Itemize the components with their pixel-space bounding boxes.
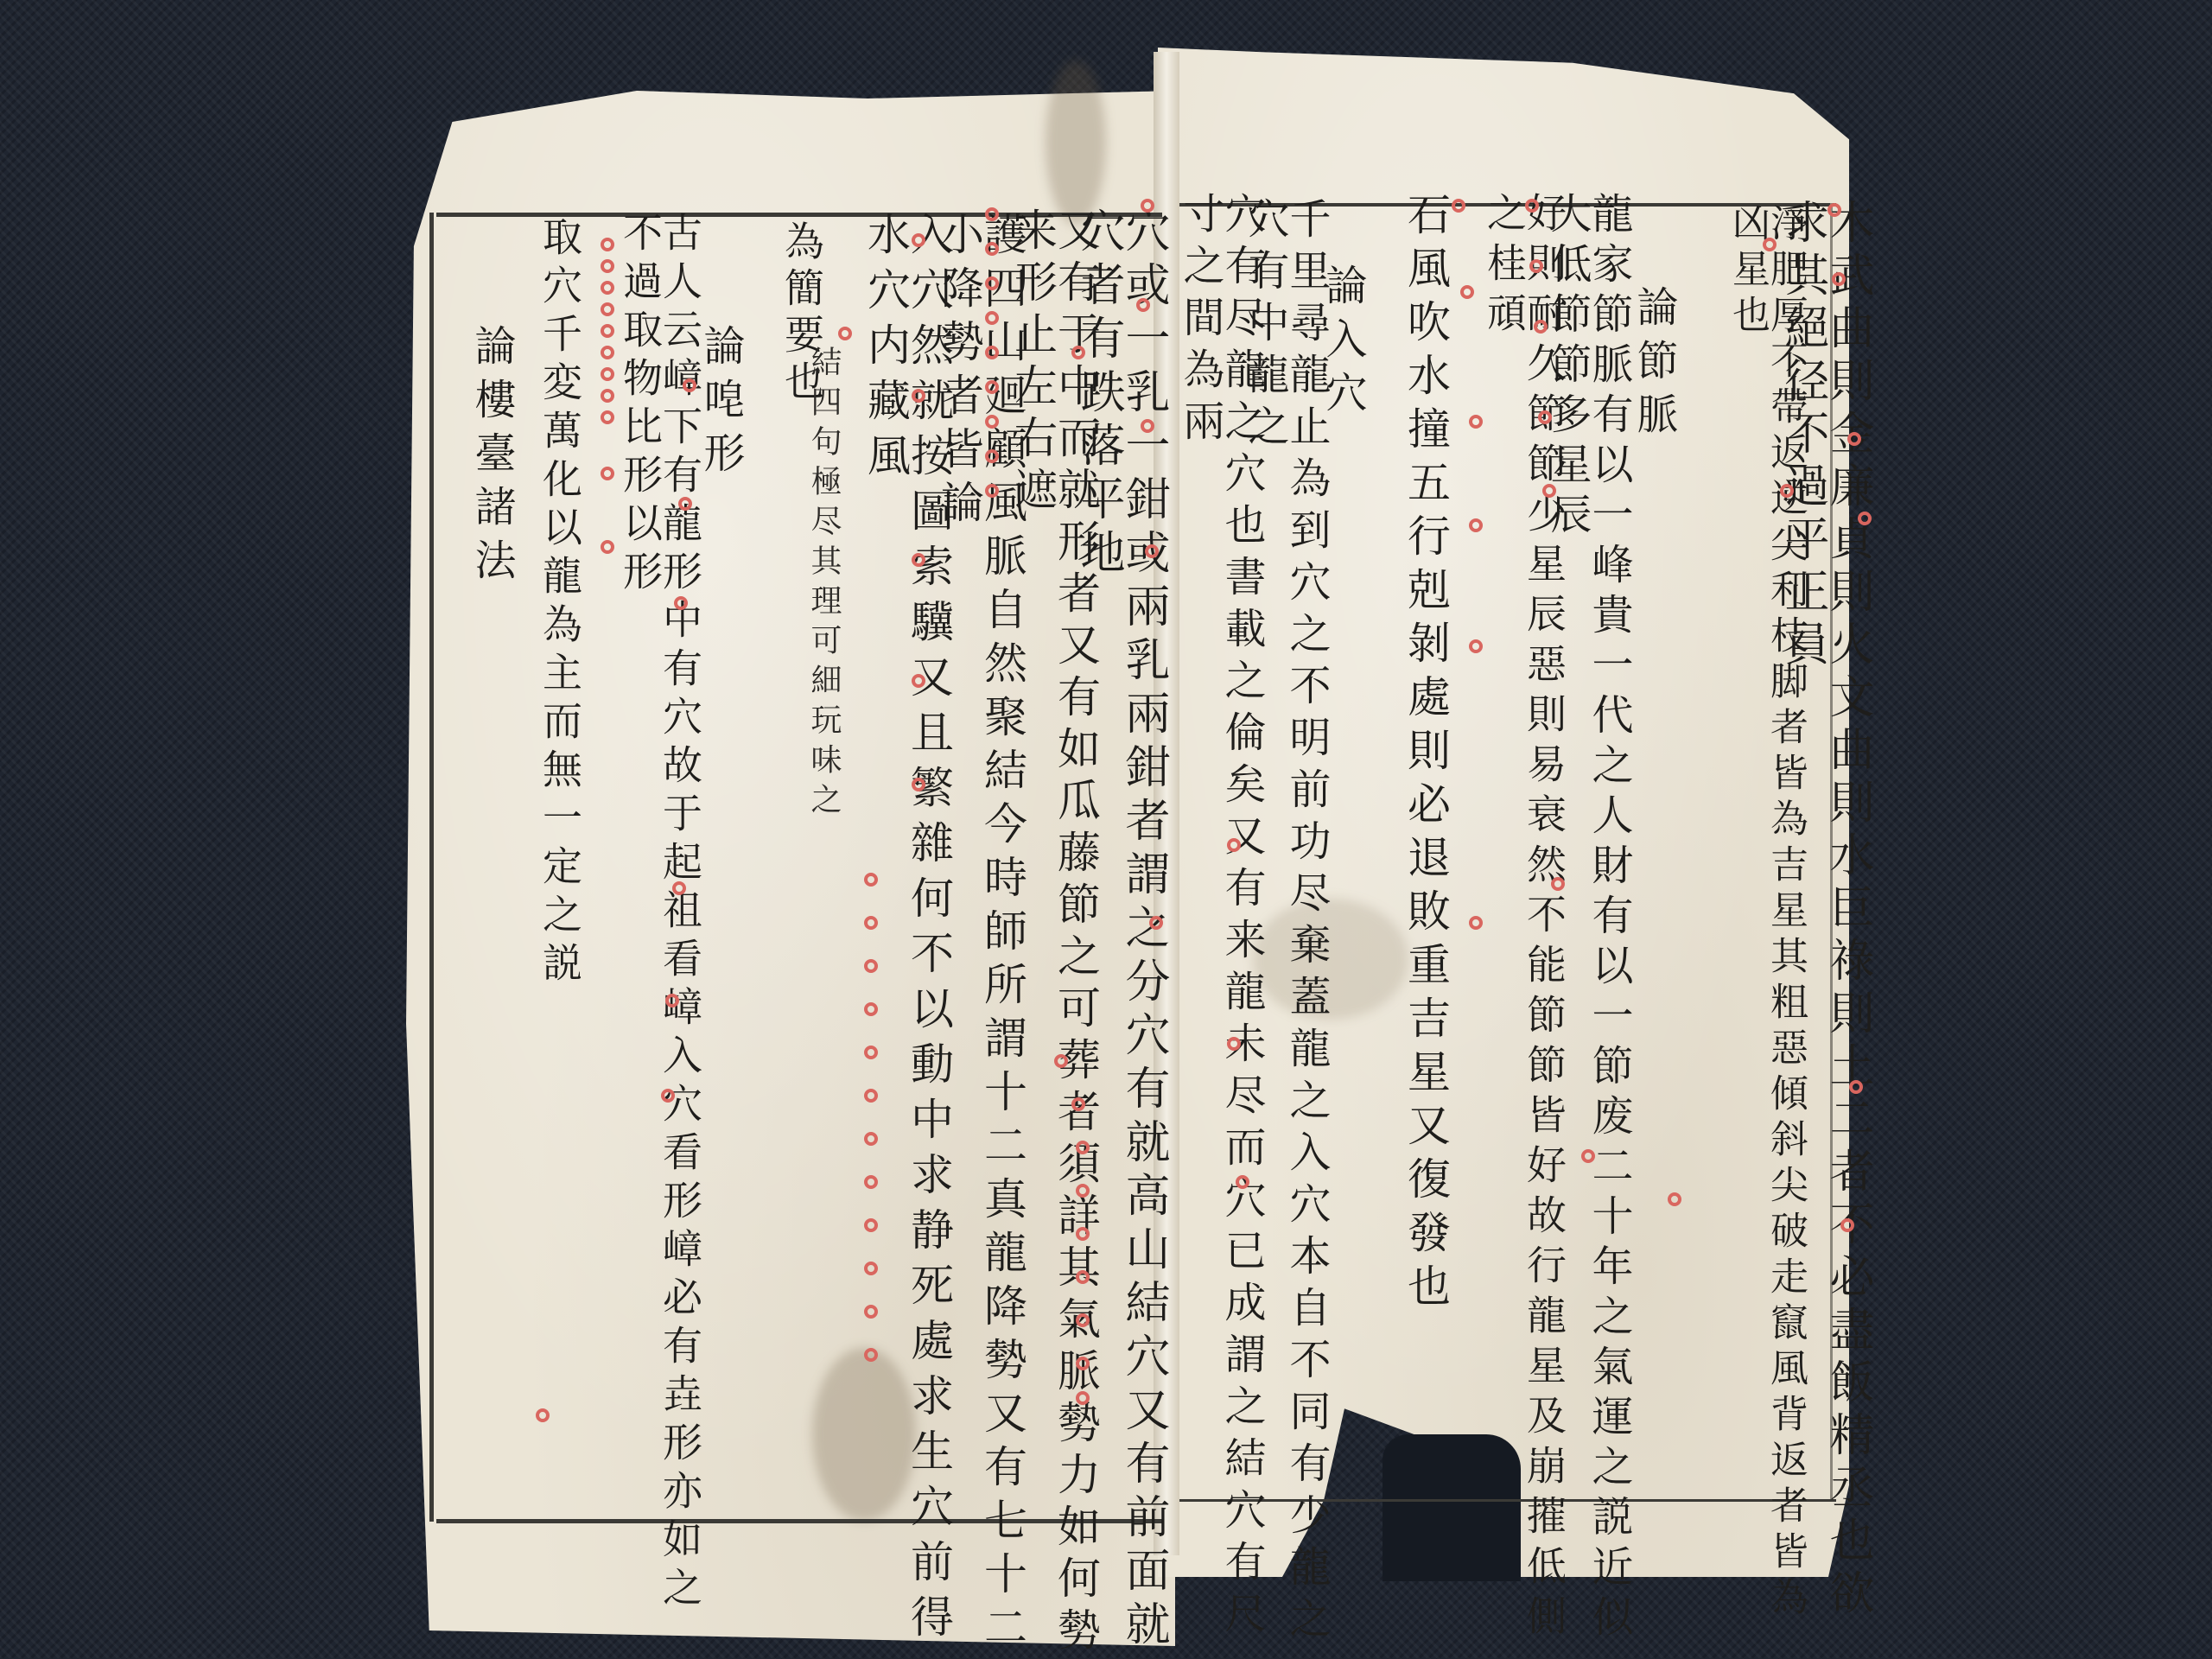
red-mark-icon bbox=[1076, 1227, 1090, 1241]
red-mark-icon bbox=[601, 410, 614, 424]
red-mark-icon bbox=[864, 1046, 878, 1059]
text-column: 取穴千変萬化以龍為主而無一定之説 bbox=[540, 216, 580, 990]
red-mark-icon bbox=[864, 959, 878, 973]
red-mark-icon bbox=[601, 389, 614, 403]
red-mark-icon bbox=[912, 674, 925, 688]
red-mark-icon bbox=[864, 1305, 878, 1319]
annotation-note: 結四句極尽其理可細玩味之 bbox=[808, 346, 839, 823]
red-mark-icon bbox=[1529, 259, 1543, 273]
red-mark-icon bbox=[1551, 877, 1565, 891]
red-mark-icon bbox=[1469, 916, 1483, 930]
red-mark-icon bbox=[864, 916, 878, 930]
text-column: 穴有尽龍之穴也書載之倫矣又有来龍未尽而穴已成謂之結穴有尺寸之間為兩 bbox=[1179, 192, 1262, 1659]
red-mark-icon bbox=[1668, 1192, 1681, 1206]
red-mark-icon bbox=[864, 873, 878, 887]
red-mark-icon bbox=[985, 449, 999, 463]
red-mark-icon bbox=[1827, 203, 1841, 217]
red-mark-icon bbox=[536, 1408, 550, 1422]
red-mark-icon bbox=[1840, 1218, 1854, 1232]
red-mark-icon bbox=[674, 596, 688, 610]
red-mark-icon bbox=[1858, 512, 1872, 525]
red-mark-icon bbox=[1525, 199, 1539, 213]
red-mark-icon bbox=[1847, 432, 1861, 446]
section-heading: 論節脈 bbox=[1633, 285, 1675, 446]
red-mark-icon bbox=[1076, 1184, 1090, 1198]
left-side-rule bbox=[429, 213, 434, 1522]
red-mark-icon bbox=[838, 327, 852, 340]
red-mark-icon bbox=[1763, 238, 1777, 251]
red-mark-icon bbox=[1145, 544, 1159, 558]
red-mark-icon bbox=[1227, 1037, 1241, 1051]
red-mark-icon bbox=[601, 281, 614, 295]
red-mark-icon bbox=[1542, 484, 1556, 498]
red-mark-icon bbox=[601, 467, 614, 480]
red-mark-icon bbox=[864, 1348, 878, 1362]
red-mark-icon bbox=[601, 540, 614, 554]
section-heading: 論唣形 bbox=[700, 324, 741, 485]
red-mark-icon bbox=[1076, 1391, 1090, 1405]
water-stain bbox=[1046, 60, 1106, 225]
red-mark-icon bbox=[678, 497, 692, 511]
red-mark-icon bbox=[601, 346, 614, 359]
red-mark-icon bbox=[1469, 639, 1483, 653]
red-mark-icon bbox=[1141, 199, 1154, 213]
text-column: 好則耐久節節少星辰惡則易衰然不能節節皆好故行龍星及崩摧低側之桂頑 bbox=[1484, 192, 1564, 1659]
section-heading: 論樓臺諸法 bbox=[471, 324, 512, 592]
red-mark-icon bbox=[601, 238, 614, 251]
red-mark-icon bbox=[864, 1002, 878, 1016]
red-mark-icon bbox=[1538, 410, 1552, 424]
red-mark-icon bbox=[1076, 1313, 1090, 1327]
red-mark-icon bbox=[985, 276, 999, 290]
red-mark-icon bbox=[1141, 419, 1154, 433]
red-mark-icon bbox=[985, 242, 999, 256]
red-mark-icon bbox=[661, 1089, 675, 1103]
text-column: 石風吹水撞五行剋剝處則必退敗重吉星又復發也 bbox=[1404, 192, 1447, 1317]
red-mark-icon bbox=[1460, 285, 1474, 299]
red-mark-icon bbox=[1076, 1270, 1090, 1284]
red-mark-icon bbox=[985, 207, 999, 221]
red-mark-icon bbox=[1849, 1080, 1863, 1094]
red-mark-icon bbox=[912, 778, 925, 791]
red-mark-icon bbox=[1071, 1097, 1085, 1111]
red-mark-icon bbox=[1054, 1054, 1068, 1068]
red-mark-icon bbox=[683, 378, 696, 392]
red-mark-icon bbox=[864, 1218, 878, 1232]
red-mark-icon bbox=[1832, 272, 1846, 286]
red-mark-icon bbox=[864, 1089, 878, 1103]
red-mark-icon bbox=[912, 389, 925, 403]
text-column: 古人云嶂下有龍形中有穴故于起祖看嶂入穴看形嶂必有垚形亦如之不過取物比形以形 bbox=[620, 212, 700, 1659]
red-mark-icon bbox=[1136, 298, 1150, 312]
red-mark-icon bbox=[1534, 320, 1548, 334]
red-mark-icon bbox=[912, 553, 925, 567]
text-column: 入穴然就按圖索驥又且繁雜何不以動中求静死處求生穴前得水穴内藏風 bbox=[864, 212, 950, 1659]
red-mark-icon bbox=[601, 259, 614, 273]
red-mark-icon bbox=[1076, 1357, 1090, 1370]
red-mark-icon bbox=[985, 484, 999, 498]
red-mark-icon bbox=[1076, 1141, 1090, 1154]
red-mark-icon bbox=[1581, 1149, 1595, 1163]
red-mark-icon bbox=[1071, 346, 1085, 359]
manuscript-photo: 木武曲則金廉貞則火文曲則水巨祿則土二者不必盡飯精丞也欲求其絕径不過平正員 淨肥厚… bbox=[0, 0, 2212, 1659]
red-mark-icon bbox=[1469, 415, 1483, 429]
red-mark-icon bbox=[864, 1132, 878, 1146]
red-mark-icon bbox=[985, 415, 999, 429]
red-mark-icon bbox=[985, 380, 999, 394]
red-mark-icon bbox=[1469, 518, 1483, 532]
red-mark-icon bbox=[985, 311, 999, 325]
red-mark-icon bbox=[1452, 199, 1465, 213]
red-mark-icon bbox=[665, 994, 679, 1007]
red-mark-icon bbox=[601, 302, 614, 316]
red-mark-icon bbox=[912, 233, 925, 247]
red-mark-icon bbox=[864, 1175, 878, 1189]
red-mark-icon bbox=[672, 881, 686, 895]
red-mark-icon bbox=[1149, 916, 1163, 930]
red-mark-icon bbox=[1227, 838, 1241, 852]
red-mark-icon bbox=[601, 367, 614, 381]
red-mark-icon bbox=[1780, 484, 1794, 498]
text-column: 淨肥厚不帶返逆尖利枝脚者皆為吉星其粗惡傾斜尖破走竄風背返者皆為凶星也 bbox=[1728, 203, 1804, 1659]
red-mark-icon bbox=[601, 324, 614, 338]
red-mark-icon bbox=[1236, 1175, 1249, 1189]
red-mark-icon bbox=[985, 346, 999, 359]
red-mark-icon bbox=[864, 1262, 878, 1275]
